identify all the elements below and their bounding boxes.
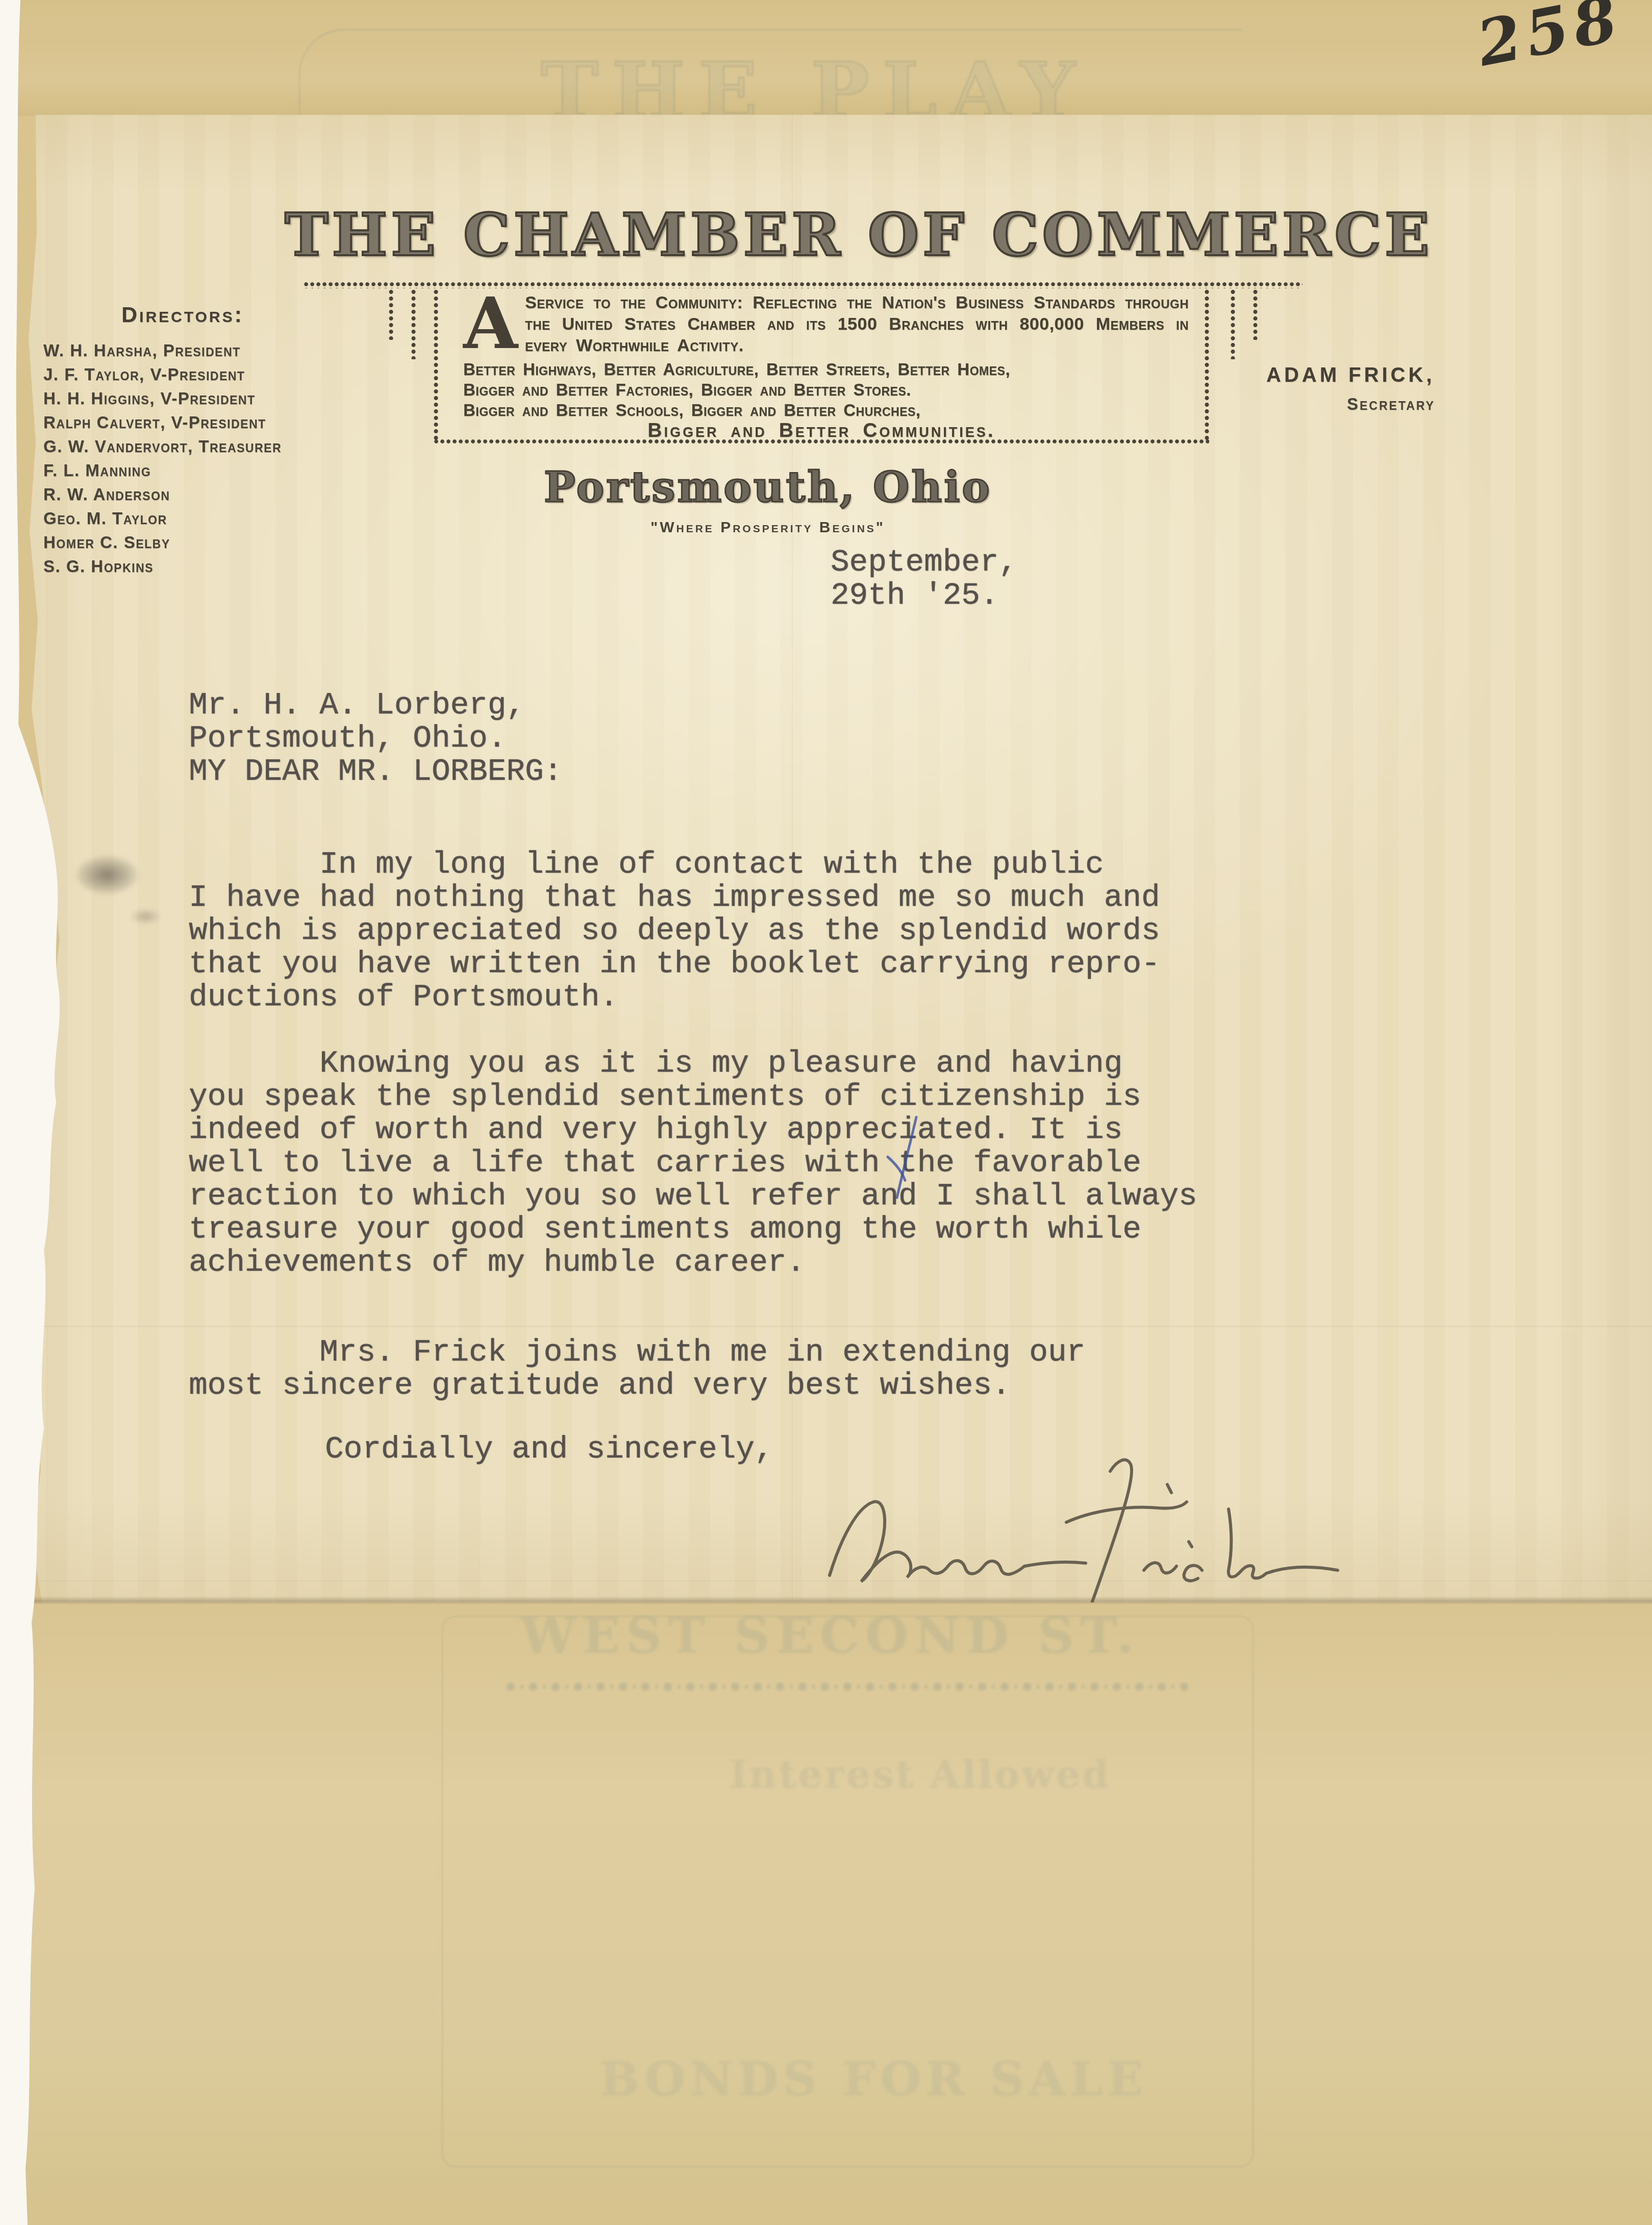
dropcap-A: A: [463, 295, 518, 352]
communities-line: Bigger and Better Communities.: [434, 419, 1209, 442]
better-line-2: Bigger and Better Factories, Bigger and …: [463, 380, 1010, 400]
paper-crease-horizontal: [0, 1326, 1652, 1328]
better-line-3: Bigger and Better Schools, Bigger and Be…: [463, 400, 1010, 421]
recipient-block: Mr. H. A. Lorberg, Portsmouth, Ohio. MY …: [189, 689, 562, 788]
paragraph-2: Knowing you as it is my pleasure and hav…: [189, 1047, 1197, 1279]
dotted-ornament: [411, 289, 416, 359]
closing-line: Cordially and sincerely,: [325, 1433, 773, 1466]
box-border-right: [1205, 289, 1209, 442]
dotted-ornament: [1253, 289, 1258, 340]
small-smudge: [130, 909, 161, 924]
paragraph-1: In my long line of contact with the publ…: [189, 848, 1160, 1014]
ghost-west-second-street: WEST SECOND ST.: [520, 1606, 1140, 1665]
organization-title: THE CHAMBER OF COMMERCE: [285, 201, 1305, 269]
date-line: September, 29th '25.: [831, 546, 1017, 612]
ghost-interest-allowed: Interest Allowed: [730, 1753, 1111, 1797]
ghost-top-text: THE PLAY: [541, 45, 1089, 116]
scrapbook-bottom-band: WEST SECOND ST. Interest Allowed BONDS F…: [0, 1602, 1652, 2225]
sheet-bottom-edge: [20, 1596, 1652, 1604]
ghost-ornament-chain: [505, 1679, 1191, 1694]
torn-left-edge: [0, 0, 102, 2225]
service-statement: Service to the Community: Reflecting the…: [463, 292, 1189, 356]
paragraph-3: Mrs. Frick joins with me in extending ou…: [189, 1336, 1085, 1402]
dotted-ornament: [389, 289, 393, 340]
better-line-1: Better Highways, Better Agriculture, Bet…: [463, 359, 1010, 380]
dotted-ornament: [1231, 289, 1235, 359]
city-heading: Portsmouth, Ohio: [258, 463, 1278, 512]
secretary-name: ADAM FRICK,: [1266, 364, 1435, 387]
secretary-title: Secretary: [1347, 394, 1435, 414]
ghost-bonds-for-sale: BONDS FOR SALE: [599, 2051, 1148, 2107]
scrapbook-top-band: THE PLAY 258: [0, 0, 1652, 116]
slogan: "Where Prosperity Begins": [258, 519, 1278, 536]
directors-heading: Directors:: [121, 303, 244, 328]
scrapbook-page-scan: THE PLAY 258 WEST SECOND ST. Interest Al…: [0, 0, 1652, 2225]
service-statement-box: A Service to the Community: Reflecting t…: [434, 288, 1209, 445]
handwritten-page-number: 258: [1471, 0, 1628, 81]
letter-sheet: THE CHAMBER OF COMMERCE A Service to the…: [0, 115, 1652, 1602]
box-border-left: [434, 289, 438, 442]
blue-ink-caret-mark: [873, 1110, 940, 1207]
